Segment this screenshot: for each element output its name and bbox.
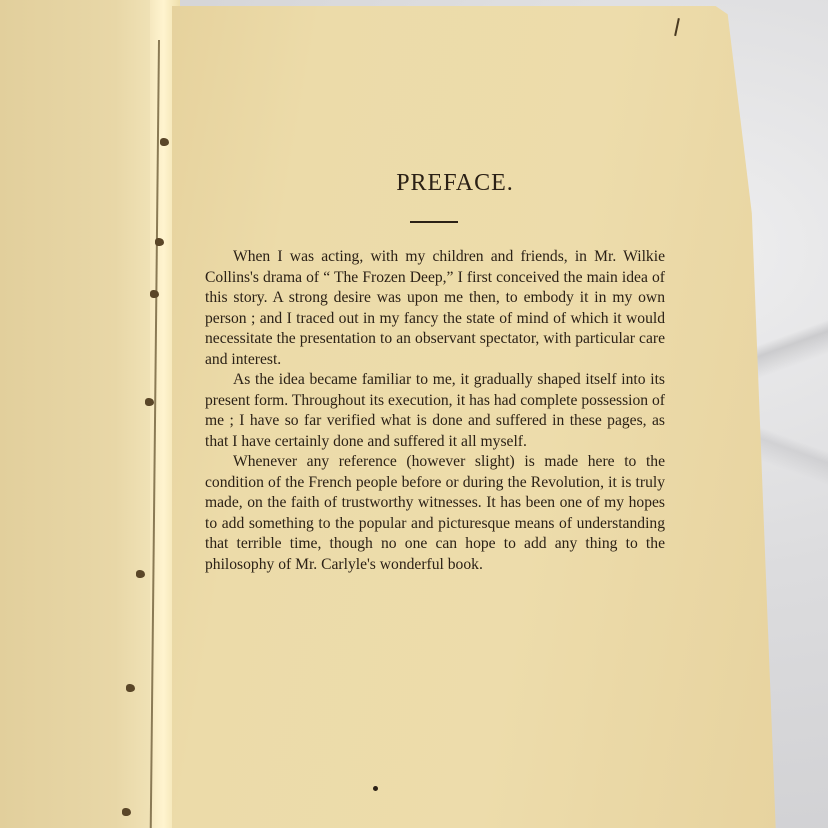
- left-page: [0, 0, 165, 828]
- page-content: PREFACE. When I was acting, with my chil…: [205, 170, 665, 575]
- paragraph-1: When I was acting, with my children and …: [205, 247, 665, 370]
- binding-stitch: [160, 138, 169, 146]
- page-title: PREFACE.: [205, 170, 665, 197]
- binding-stitch: [155, 238, 164, 246]
- paragraph-2: As the idea became familiar to me, it gr…: [205, 370, 665, 452]
- binding-stitch: [136, 570, 145, 578]
- page-ink-dot: [373, 786, 378, 791]
- title-rule: [410, 221, 458, 223]
- binding-stitch: [145, 398, 154, 406]
- binding-stitch: [150, 290, 159, 298]
- paragraph-3: Whenever any reference (however slight) …: [205, 452, 665, 575]
- binding-stitch: [122, 808, 131, 816]
- binding-stitch: [126, 684, 135, 692]
